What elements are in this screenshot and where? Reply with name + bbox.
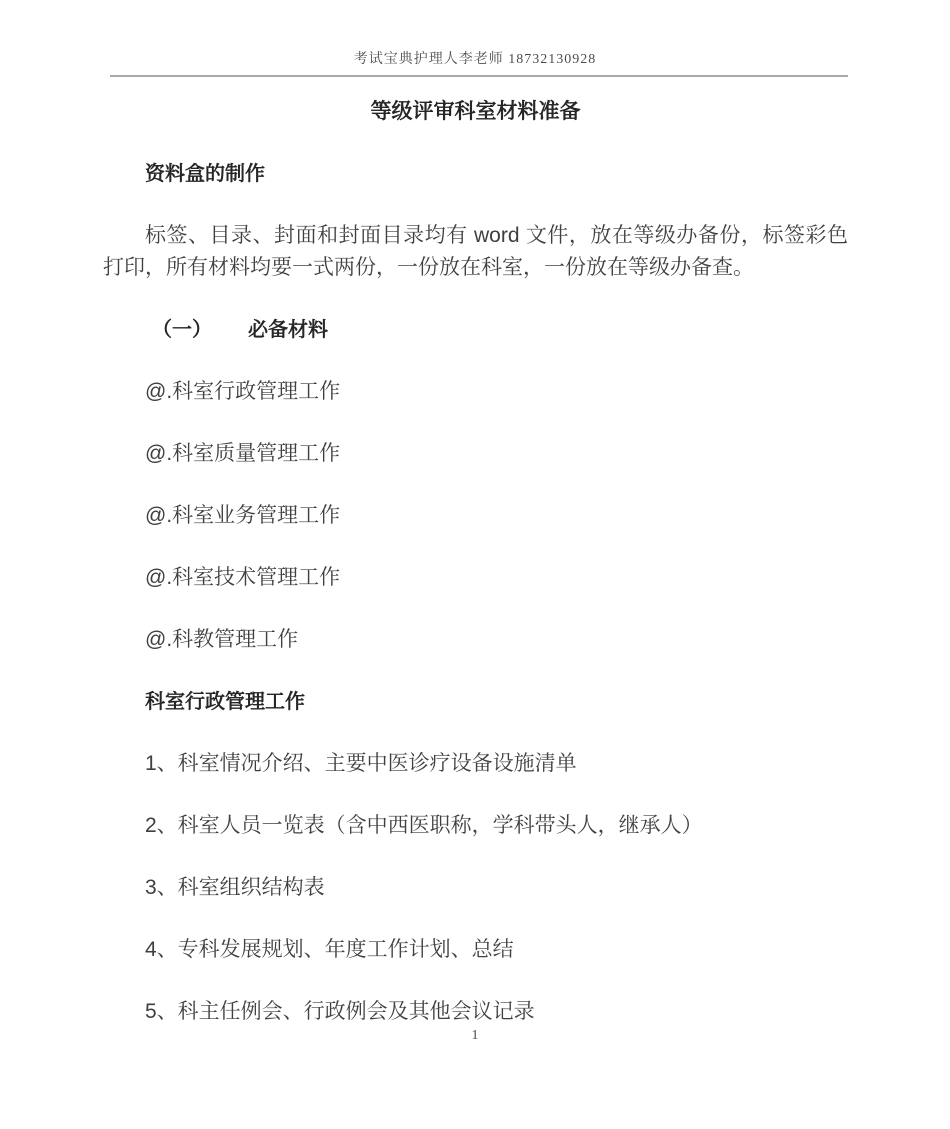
numbered-item: 4、专科发展规划、年度工作计划、总结 [145, 934, 848, 966]
page-footer: 1 [0, 1028, 950, 1044]
page-number: 1 [472, 1028, 479, 1043]
numbered-item: 1、科室情况介绍、主要中医诊疗设备设施清单 [145, 748, 848, 780]
numbered-item: 2、科室人员一览表（含中西医职称，学科带头人，继承人） [145, 810, 848, 842]
document-body: 等级评审科室材料准备 资料盒的制作 标签、目录、封面和封面目录均有 word 文… [103, 96, 848, 1028]
document-header: 考试宝典护理人李老师 18732130928 [0, 0, 950, 70]
subsection-number: （一） [152, 314, 212, 346]
header-watermark-text: 考试宝典护理人李老师 18732130928 [354, 52, 597, 67]
list-item: @.科室业务管理工作 [145, 500, 848, 532]
list-item: @.科室质量管理工作 [145, 438, 848, 470]
document-title: 等级评审科室材料准备 [103, 96, 848, 128]
section-heading-material-box: 资料盒的制作 [145, 158, 848, 190]
subsection-title: 必备材料 [248, 319, 328, 341]
list-item: @.科教管理工作 [145, 624, 848, 656]
subsection-heading-required-materials: （一）必备材料 [152, 314, 848, 346]
intro-paragraph: 标签、目录、封面和封面目录均有 word 文件，放在等级办备份，标签彩色打印，所… [103, 220, 848, 284]
list-item: @.科室技术管理工作 [145, 562, 848, 594]
numbered-item: 3、科室组织结构表 [145, 872, 848, 904]
section-heading-admin-work: 科室行政管理工作 [145, 686, 848, 718]
list-item: @.科室行政管理工作 [145, 376, 848, 408]
numbered-item: 5、科主任例会、行政例会及其他会议记录 [145, 996, 848, 1028]
document-page: 考试宝典护理人李老师 18732130928 等级评审科室材料准备 资料盒的制作… [0, 0, 950, 1129]
header-divider [110, 75, 848, 77]
